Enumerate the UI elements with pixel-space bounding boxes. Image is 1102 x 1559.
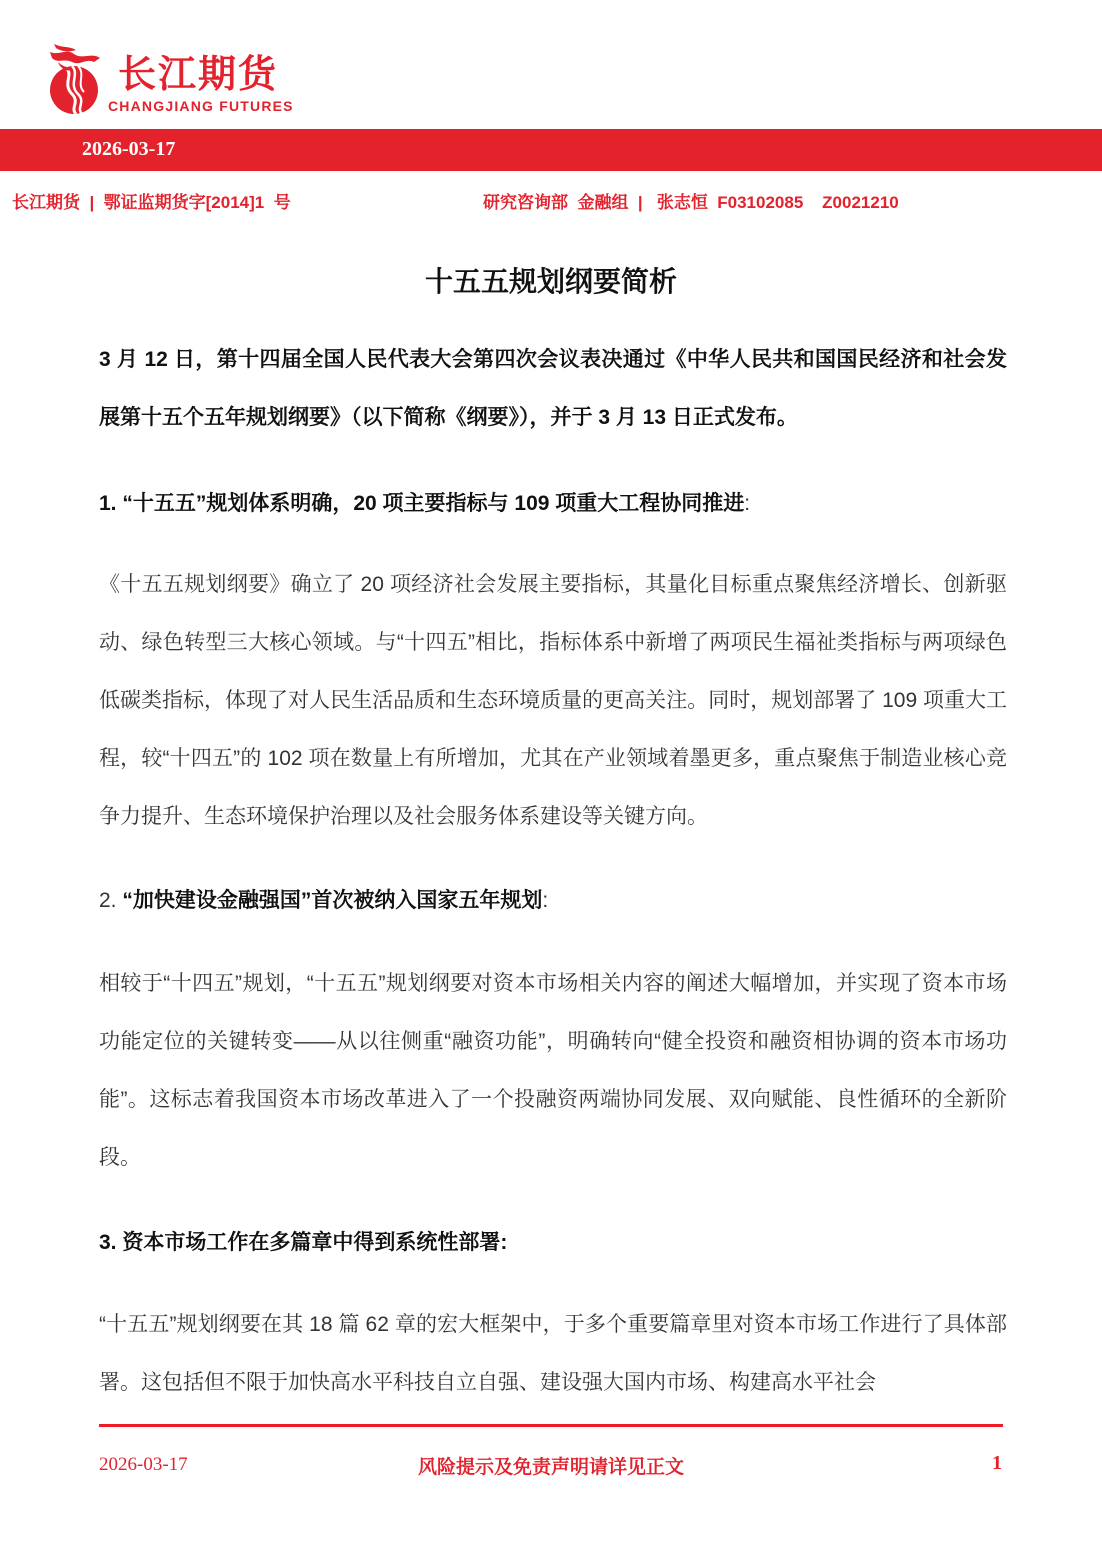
section-1-body: 《十五五规划纲要》确立了 20 项经济社会发展主要指标，其量化目标重点聚焦经济增… xyxy=(99,556,1007,846)
section-colon: : xyxy=(542,889,548,912)
footer-disclaimer-note: 风险提示及免责声明请详见正文 xyxy=(0,1452,1102,1479)
section-3-heading: 3. 资本市场工作在多篇章中得到系统性部署: xyxy=(99,1228,1007,1258)
section-1-heading: 1. “十五五”规划体系明确，20 项主要指标与 109 项重大工程协同推进: xyxy=(99,489,1007,519)
footer-divider xyxy=(99,1424,1003,1427)
section-number: 3. xyxy=(99,1231,117,1254)
section-3-body: “十五五”规划纲要在其 18 篇 62 章的宏大框架中，于多个重要篇章里对资本市… xyxy=(99,1296,1007,1412)
report-date: 2026-03-17 xyxy=(82,138,175,161)
intro-paragraph: 3 月 12 日，第十四届全国人民代表大会第四次会议表决通过《中华人民共和国国民… xyxy=(99,331,1007,447)
section-colon: : xyxy=(744,492,750,515)
company-logo: 长江期货 CHANGJIANG FUTURES xyxy=(40,40,310,120)
page-number: 1 xyxy=(992,1452,1002,1475)
document-title: 十五五规划纲要简析 xyxy=(0,260,1102,300)
section-title: “十五五”规划体系明确，20 项主要指标与 109 项重大工程协同推进 xyxy=(122,492,744,515)
section-2-heading: 2. “加快建设金融强国”首次被纳入国家五年规划: xyxy=(99,886,1007,916)
section-title: “加快建设金融强国”首次被纳入国家五年规划 xyxy=(122,889,542,912)
logo-english-name: CHANGJIANG FUTURES xyxy=(108,98,294,114)
author-info: 研究咨询部 金融组 | 张志恒 F03102085 Z0021210 xyxy=(483,188,899,213)
section-title: 资本市场工作在多篇章中得到系统性部署 xyxy=(122,1231,500,1254)
company-license: 长江期货 | 鄂证监期货字[2014]1 号 xyxy=(12,188,291,213)
section-colon: : xyxy=(500,1231,507,1254)
section-2-body: 相较于“十四五”规划，“十五五”规划纲要对资本市场相关内容的阐述大幅增加，并实现… xyxy=(99,955,1007,1187)
section-number: 1. xyxy=(99,492,117,515)
logo-chinese-name: 长江期货 xyxy=(118,52,278,96)
section-number: 2. xyxy=(99,889,117,912)
changjiang-dragon-sun-icon xyxy=(44,44,104,120)
date-banner: 2026-03-17 xyxy=(0,129,1102,171)
